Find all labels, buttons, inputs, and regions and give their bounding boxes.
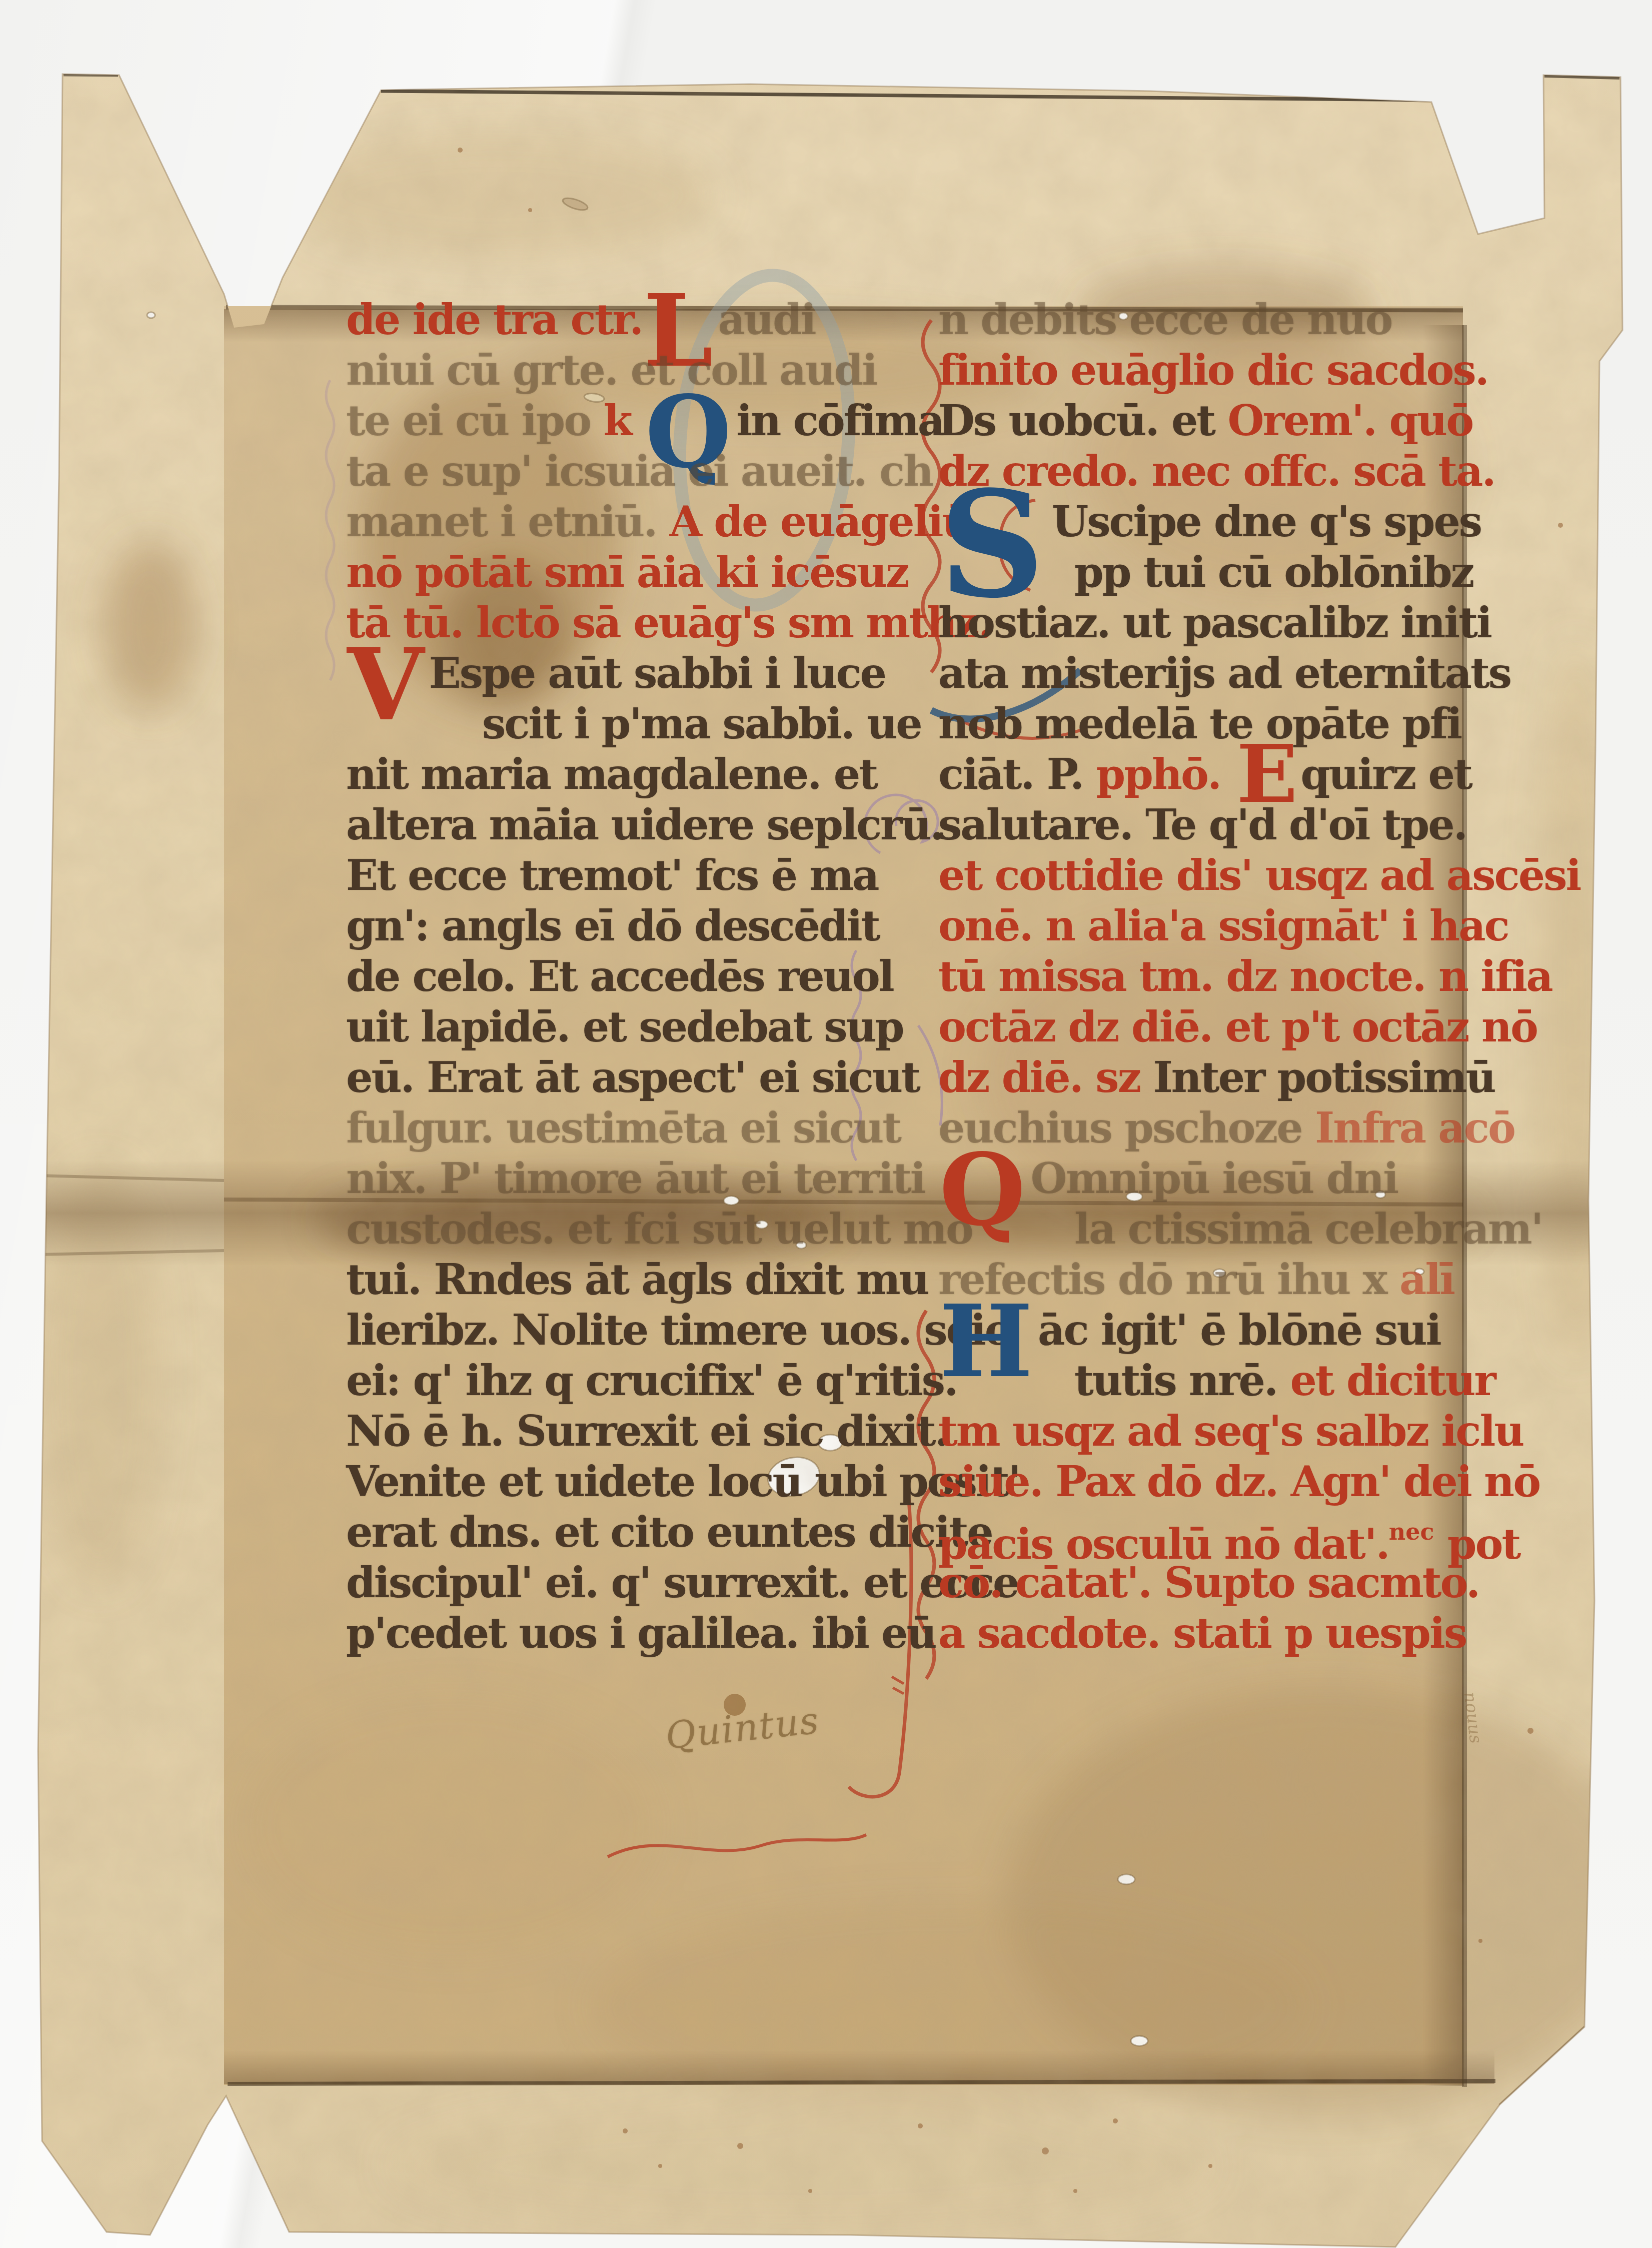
text-segment: A de euāgeliū [670, 497, 971, 546]
text-segment: k [603, 396, 644, 445]
text-segment: la ctissimā celebram' [1074, 1204, 1542, 1254]
text-segment: audi [718, 295, 815, 344]
text-segment: fulgur. uestimēta ei sicut [346, 1103, 900, 1153]
text-segment: uit lapidē. et sedebat sup [346, 1002, 903, 1051]
text-line: discipul' ei. q' surrexit. et ecce [346, 1557, 876, 1608]
text-segment: alī [1399, 1255, 1454, 1304]
text-line: octāz dz diē. et p't octāz nō [938, 1001, 1468, 1052]
text-segment: scit i p'ma sabbi. ue [482, 699, 921, 748]
text-line: erat dns. et cito euntes dicite [346, 1507, 876, 1557]
text-segment: n debits ecce de nuo [938, 295, 1392, 344]
text-line: Et ecce tremot' fcs ē ma [346, 850, 876, 900]
scanner-bed: de ide tra ctr.Laudiniui cū grte. et col… [0, 0, 1652, 2248]
text-segment: nō pōtāt smī āia ki icēsuz [346, 547, 908, 597]
text-segment: eū. Erat āt aspect' ei sicut [346, 1052, 919, 1102]
text-segment: nob medelā te opāte pfi [938, 699, 1461, 748]
text-segment: p'cedet uos i galilea. ibi eū [346, 1608, 936, 1658]
text-segment: et dicitur [1290, 1356, 1494, 1405]
text-line: nō pōtāt smī āia ki icēsuz [346, 547, 876, 597]
text-segment: de celo. Et accedēs reuol [346, 951, 893, 1001]
text-segment: altera māia uidere seplcrū. [346, 800, 943, 849]
text-line: pp tui cū oblōnibz [938, 547, 1468, 597]
text-segment: ata misterijs ad eternitats [938, 648, 1510, 698]
text-line: salutare. Te q'd d'oī tpe. [938, 799, 1468, 850]
text-line: siue. Pax dō dz. Agn' dei nō [938, 1456, 1468, 1507]
text-segment: tā tū. lctō sā euāg's sm mthz. [346, 598, 991, 647]
text-segment: siue. Pax dō dz. Agn' dei nō [938, 1457, 1539, 1506]
text-line: QOmnipū iesū dni [938, 1153, 1468, 1204]
text-line: Nō ē h. Surrexit ei sic dixit. [346, 1406, 876, 1456]
text-segment: ei: q' ihz q crucifix' ē q'ritis. [346, 1356, 957, 1405]
text-line: cō. cātat'. Supto sacmto. [938, 1557, 1468, 1608]
text-line: ei: q' ihz q crucifix' ē q'ritis. [346, 1355, 876, 1406]
text-line: tū missa tm. dz nocte. n ifia [938, 951, 1468, 1001]
text-segment: tui. Rndes āt āgls dixit mu [346, 1255, 928, 1304]
text-segment: niui cū grte. et coll audi [346, 345, 876, 395]
text-line: p'cedet uos i galilea. ibi eū [346, 1608, 876, 1658]
text-segment: lieribz. Nolite timere uos. scio [346, 1305, 1011, 1355]
text-line: hostiaz. ut pascalibz initi [938, 597, 1468, 648]
text-line: tutis nrē. et dicitur [938, 1355, 1468, 1406]
text-segment: erat dns. et cito euntes dicite [346, 1507, 992, 1557]
text-segment: Et ecce tremot' fcs ē ma [346, 850, 878, 900]
text-segment: de ide tra ctr. [346, 295, 642, 344]
text-segment: Omnipū iesū dni [1030, 1154, 1397, 1203]
text-line: tā tū. lctō sā euāg's sm mthz. [346, 597, 876, 648]
text-line: a sacdote. stati p uespis [938, 1608, 1468, 1658]
text-segment: Uscipe dne q's spes [1052, 497, 1481, 546]
text-segment: quirz et [1301, 749, 1471, 799]
text-segment: manet i etniū. [346, 497, 670, 546]
text-line: te ei cū ipo k Qin cōfima [346, 395, 876, 446]
text-segment: ta e sup' icsuia ei aueit. ch [346, 446, 932, 496]
text-line: custodes. et fci sūt uelut mo [346, 1204, 876, 1254]
text-segment: Venite et uidete locū ubi posit' [346, 1457, 1019, 1506]
text-segment: tutis nrē. [1074, 1356, 1290, 1405]
text-segment: octāz dz diē. et p't octāz nō [938, 1002, 1537, 1051]
text-segment: ciāt. P. [938, 749, 1096, 799]
text-line: SUscipe dne q's spes [938, 496, 1468, 547]
text-line: eū. Erat āt aspect' ei sicut [346, 1052, 876, 1102]
text-line: altera māia uidere seplcrū. [346, 799, 876, 850]
text-segment: Orem'. quō [1227, 396, 1472, 445]
text-segment: pphō. [1096, 749, 1234, 799]
text-segment: Espe aūt sabbi i luce [429, 648, 885, 698]
text-line: gn': angls eī dō descēdit [346, 900, 876, 951]
text-segment: in cōfima [736, 396, 943, 445]
text-line: uit lapidē. et sedebat sup [346, 1001, 876, 1052]
text-segment: onē. n alia'a ssignāt' i hac [938, 901, 1508, 950]
text-segment: dz diē. sz [938, 1052, 1153, 1102]
text-line: ciāt. P. pphō. Equirz et [938, 749, 1468, 799]
text-line: ta e sup' icsuia ei aueit. ch [346, 446, 876, 496]
text-line: onē. n alia'a ssignāt' i hac [938, 900, 1468, 951]
text-line: nob medelā te opāte pfi [938, 698, 1468, 749]
text-segment: cō. cātat'. Supto sacmto. [938, 1558, 1479, 1607]
text-segment: nec [1389, 1518, 1434, 1545]
text-line: tui. Rndes āt āgls dixit mu [346, 1254, 876, 1305]
text-segment: Infra acō [1315, 1103, 1514, 1153]
text-segment: gn': angls eī dō descēdit [346, 901, 879, 950]
text-segment: tm usqz ad seq's salbz iclu [938, 1406, 1523, 1456]
text-segment: discipul' ei. q' surrexit. et ecce [346, 1558, 1018, 1607]
text-line: tm usqz ad seq's salbz iclu [938, 1406, 1468, 1456]
text-segment: nix. P' timore āut ei territi [346, 1154, 925, 1203]
text-column-right: n debits ecce de nuofinito euāglio dic s… [938, 294, 1468, 1658]
text-line: manet i etniū. A de euāgeliū [346, 496, 876, 547]
text-line: Hāc igit' ē blōnē sui [938, 1305, 1468, 1355]
text-segment: hostiaz. ut pascalibz initi [938, 598, 1491, 647]
text-line: n debits ecce de nuo [938, 294, 1468, 345]
text-line: lieribz. Nolite timere uos. scio [346, 1305, 876, 1355]
text-line: ata misterijs ad eternitats [938, 648, 1468, 698]
text-segment: tū missa tm. dz nocte. n ifia [938, 951, 1552, 1001]
text-line: et cottidie dis' usqz ad ascēsi [938, 850, 1468, 900]
text-line: la ctissimā celebram' [938, 1204, 1468, 1254]
text-line: dz diē. sz Inter potissimū [938, 1052, 1468, 1102]
text-segment: nit maria magdalene. et [346, 749, 877, 799]
text-segment: pp tui cū oblōnibz [1074, 547, 1473, 597]
text-line: Venite et uidete locū ubi posit' [346, 1456, 876, 1507]
text-segment: Ds uobcū. et [938, 396, 1227, 445]
text-segment: et cottidie dis' usqz ad ascēsi [938, 850, 1580, 900]
text-line: de ide tra ctr.Laudi [346, 294, 876, 345]
text-segment: te ei cū ipo [346, 396, 603, 445]
illuminated-initial: E [1234, 749, 1301, 799]
text-line: niui cū grte. et coll audi [346, 345, 876, 395]
text-segment: Inter potissimū [1153, 1052, 1495, 1102]
text-segment: Nō ē h. Surrexit ei sic dixit. [346, 1406, 948, 1456]
text-line: pacis osculū nō dat'.nec pot [938, 1507, 1468, 1557]
text-line: finito euāglio dic sacdos. [938, 345, 1468, 395]
text-line: scit i p'ma sabbi. ue [346, 698, 876, 749]
text-line: nix. P' timore āut ei territi [346, 1153, 876, 1204]
text-line: nit maria magdalene. et [346, 749, 876, 799]
text-line: VEspe aūt sabbi i luce [346, 648, 876, 698]
text-line: fulgur. uestimēta ei sicut [346, 1102, 876, 1153]
text-column-left: de ide tra ctr.Laudiniui cū grte. et col… [346, 294, 876, 1658]
text-segment: a sacdote. stati p uespis [938, 1608, 1466, 1658]
text-segment: finito euāglio dic sacdos. [938, 345, 1488, 395]
text-line: de celo. Et accedēs reuol [346, 951, 876, 1001]
text-segment: āc igit' ē blōnē sui [1038, 1305, 1440, 1355]
text-segment: salutare. Te q'd d'oī tpe. [938, 800, 1466, 849]
text-segment: custodes. et fci sūt uelut mo [346, 1204, 972, 1254]
text-line: Ds uobcū. et Orem'. quō [938, 395, 1468, 446]
